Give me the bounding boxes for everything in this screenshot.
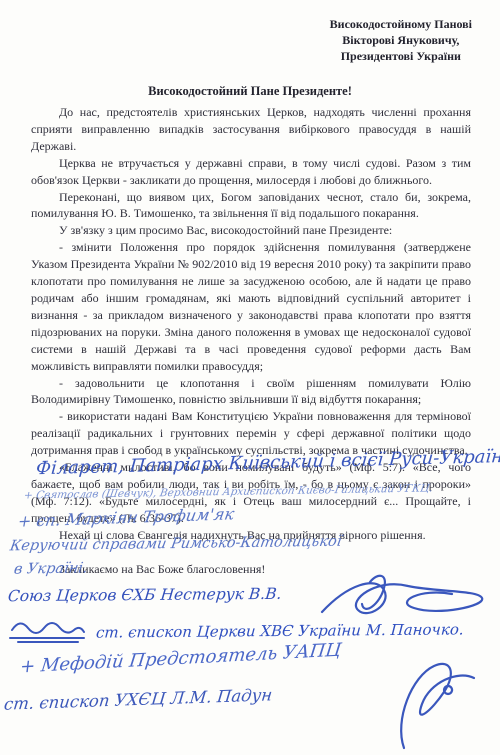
- signature-flourish: [318, 570, 488, 628]
- signature-line: в Україні.: [13, 560, 89, 577]
- signature-line: ст. єпископ УХЄЦ Л.М. Падун: [3, 685, 273, 713]
- salutation: Високодостойний Пане Президенте!: [0, 84, 500, 99]
- recipient-line: Вікторові Януковичу,: [330, 32, 472, 48]
- scanned-letter-page: Високодостойному Панові Вікторові Януков…: [0, 0, 500, 755]
- recipient-block: Високодостойному Панові Вікторові Януков…: [330, 16, 472, 64]
- paragraph: До нас, предстоятелів християнських Церк…: [31, 104, 471, 155]
- signature-line: + Святослав (Шевчук), Верховний Архиєпис…: [23, 482, 434, 501]
- signature-line: Керуючий справами Римсько-Католицької: [9, 534, 343, 555]
- signature-line: ст. єпископ Церкви ХВЄ України М. Паночк…: [95, 620, 464, 641]
- paragraph-bullet: - змінити Положення про порядок здійснен…: [31, 239, 471, 374]
- paragraph-bullet: - задовольнити це клопотання і своїм ріш…: [31, 375, 471, 409]
- signature-scribble: [8, 616, 90, 644]
- signature-flourish: [386, 660, 486, 752]
- signatures-block: Філарет, Патріарх Київський і всієї Руси…: [0, 448, 500, 755]
- signature-line: + Мефодій Предстоятель УАПЦ: [19, 640, 342, 678]
- recipient-line: Президентові України: [330, 48, 472, 64]
- paragraph: У зв'язку з цим просимо Вас, високодосто…: [31, 222, 471, 239]
- signature-line: Філарет, Патріарх Київський і всієї Руси…: [35, 446, 500, 480]
- signature-line: + єп. Маркіян Трофим'як: [16, 504, 235, 531]
- paragraph: Переконані, що виявом цих, Богом заповід…: [31, 189, 471, 223]
- recipient-line: Високодостойному Панові: [330, 16, 472, 32]
- paragraph: Церква не втручається у державні справи,…: [31, 155, 471, 189]
- signature-line: Союз Церков ЄХБ Нестерук В.В.: [7, 585, 282, 605]
